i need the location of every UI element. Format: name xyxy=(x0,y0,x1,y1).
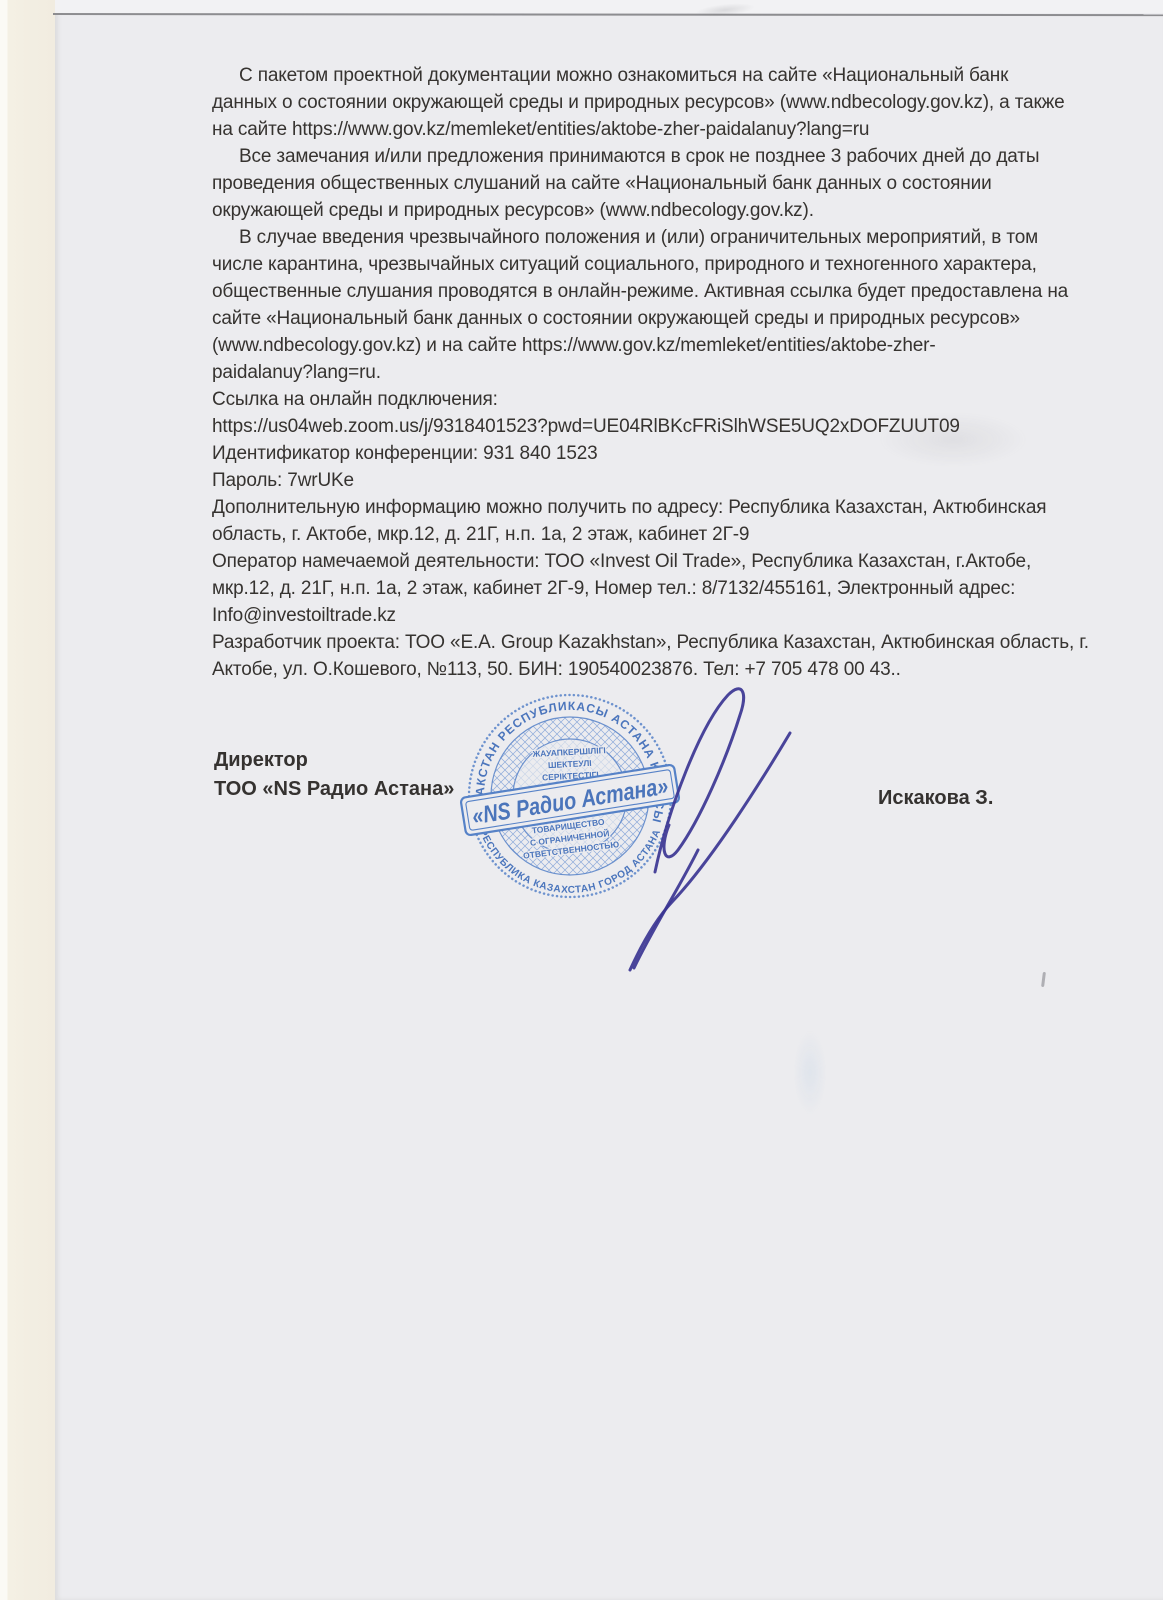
signatory-name: Искакова З. xyxy=(878,787,993,810)
text-line: окружающей среды и природных ресурсов» (… xyxy=(212,197,1097,224)
text-line: В случае введения чрезвычайного положени… xyxy=(212,224,1097,251)
text-line: область, г. Актобе, мкр.12, д. 21Г, н.п.… xyxy=(212,521,1097,548)
signatory-company: ТОО «NS Радио Астана» xyxy=(214,775,454,804)
text-line: общественные слушания проводятся в онлай… xyxy=(212,278,1097,305)
text-line: сайте «Национальный банк данных о состоя… xyxy=(212,305,1097,332)
signatory-position: Директор xyxy=(214,746,454,775)
scanned-page: С пакетом проектной документации можно о… xyxy=(0,0,1163,1600)
text-line: числе карантина, чрезвычайных ситуаций с… xyxy=(212,251,1097,278)
text-line: paidalanuy?lang=ru. xyxy=(212,359,1097,386)
text-line: на сайте https://www.gov.kz/memleket/ent… xyxy=(212,116,1097,143)
text-line: С пакетом проектной документации можно о… xyxy=(212,62,1097,89)
text-line: данных о состоянии окружающей среды и пр… xyxy=(212,89,1097,116)
scanner-edge xyxy=(0,0,55,1600)
text-line: Ссылка на онлайн подключения: xyxy=(212,386,1097,413)
text-line: Info@investoiltrade.kz xyxy=(212,602,1097,629)
text-line: (www.ndbecology.gov.kz) и на сайте https… xyxy=(212,332,1097,359)
signature-tail-stroke xyxy=(634,850,698,968)
text-line: Разработчик проекта: ТОО «E.A. Group Kaz… xyxy=(212,629,1097,656)
text-line: https://us04web.zoom.us/j/9318401523?pwd… xyxy=(212,413,1097,440)
signature-sweep-stroke xyxy=(630,733,790,970)
text-line: мкр.12, д. 21Г, н.п. 1а, 2 этаж, кабинет… xyxy=(212,575,1097,602)
document-text: С пакетом проектной документации можно о… xyxy=(212,62,1097,683)
text-line: Оператор намечаемой деятельности: ТОО «I… xyxy=(212,548,1097,575)
text-line: Пароль: 7wrUKe xyxy=(212,467,1097,494)
text-line: Дополнительную информацию можно получить… xyxy=(212,494,1097,521)
paper-margin-top xyxy=(55,0,1163,13)
text-line: Все замечания и/или предложения принимаю… xyxy=(212,143,1097,170)
signature-loop-stroke xyxy=(655,689,744,872)
signatory-title-block: Директор ТОО «NS Радио Астана» xyxy=(214,746,454,803)
handwritten-signature xyxy=(585,660,815,990)
text-line: проведения общественных слушаний на сайт… xyxy=(212,170,1097,197)
text-line: Идентификатор конференции: 931 840 1523 xyxy=(212,440,1097,467)
